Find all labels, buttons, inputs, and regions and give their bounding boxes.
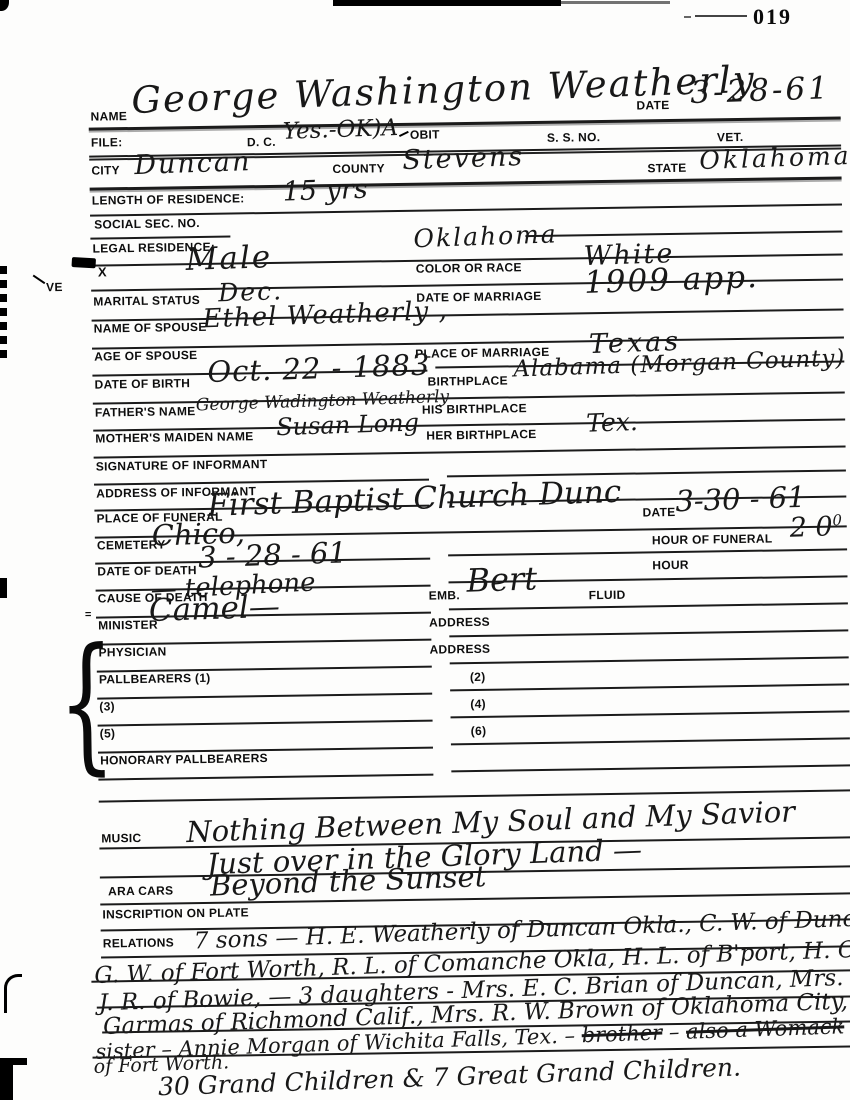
name-label: NAME <box>90 109 127 124</box>
fathers-name-label: FATHER'S NAME <box>95 404 196 419</box>
pallbearers-2-label: (2) <box>470 670 486 684</box>
pallbearers-3-label: (3) <box>99 699 115 713</box>
physician-address-label: ADDRESS <box>429 642 490 657</box>
dc-label: D. C. <box>247 135 276 149</box>
rule <box>450 683 849 691</box>
pallbearers-1-label: PALLBEARERS (1) <box>99 671 211 687</box>
rule <box>451 764 850 772</box>
rule <box>449 629 848 637</box>
rule <box>447 469 846 477</box>
state-label: STATE <box>647 161 686 176</box>
ara-cars-label: ARA CARS <box>108 883 173 898</box>
funeral-date-value: 3-30 - 61 <box>675 483 806 516</box>
funeral-date-label: DATE <box>642 505 675 519</box>
rule <box>451 737 850 745</box>
state-value: Oklahoma <box>699 143 850 173</box>
mothers-maiden-name-label: MOTHER'S MAIDEN NAME <box>95 429 253 445</box>
file-label: FILE: <box>91 135 123 149</box>
pallbearers-4-label: (4) <box>470 697 486 711</box>
minister-address-label: ADDRESS <box>429 615 490 630</box>
obit-label: OBIT <box>410 127 440 141</box>
rule <box>97 693 432 700</box>
rule <box>451 710 850 718</box>
name-of-spouse-label: NAME OF SPOUSE <box>94 320 207 336</box>
stamp-fragment: VE <box>46 280 63 294</box>
honorary-pallbearers-label: HONORARY PALLBEARERS <box>100 751 268 767</box>
relations-line5-struck: brother <box>581 1021 662 1048</box>
his-birthplace-label: HIS BIRTHPLACE <box>422 401 527 417</box>
age-of-spouse-label: AGE OF SPOUSE <box>94 348 197 364</box>
mothers-maiden-name-value: Susan Long <box>276 410 420 439</box>
inscription-on-plate-label: INSCRIPTION ON PLATE <box>102 905 249 921</box>
date-of-birth-value: Oct. 22 - 1883 <box>207 350 431 387</box>
her-birthplace-label: HER BIRTHPLACE <box>426 427 536 443</box>
pallbearers-6-label: (6) <box>471 724 487 738</box>
hour-of-funeral-main: 2 0 <box>789 511 833 543</box>
scan-artifact-tick <box>33 275 46 285</box>
rule <box>94 445 846 458</box>
marital-status-label: MARITAL STATUS <box>93 293 200 309</box>
emb-label: EMB. <box>429 588 460 602</box>
relations-line5-mid: – <box>662 1020 687 1045</box>
rule <box>450 656 849 664</box>
name-of-spouse-value: Ethel Weatherly , <box>202 298 448 332</box>
scanned-funeral-record: 019 NAME George Washington Weatherly DAT… <box>0 0 850 1100</box>
county-value: Stevens <box>402 143 525 174</box>
signature-of-informant-label: SIGNATURE OF INFORMANT <box>96 457 268 474</box>
pallbearers-5-label: (5) <box>100 726 116 740</box>
hour-of-funeral-value: 2 00 <box>789 513 842 542</box>
city-value: Duncan <box>134 148 252 179</box>
music-label: MUSIC <box>101 831 141 846</box>
legal-residence-value: Oklahoma <box>413 221 558 251</box>
vet-label: VET. <box>717 130 744 144</box>
rule <box>449 602 848 610</box>
relations-line7: 30 Grand Children & 7 Great Grand Childr… <box>158 1054 742 1099</box>
music-line3: Beyond the Sunset <box>210 862 487 900</box>
place-of-funeral-value: First Baptist Church Dunc <box>207 477 622 522</box>
length-of-residence-label: LENGTH OF RESIDENCE: <box>92 191 245 207</box>
city-label: CITY <box>91 163 120 177</box>
color-or-race-label: COLOR OR RACE <box>416 260 522 276</box>
scan-artifact-blot <box>71 257 96 268</box>
rule <box>525 230 842 237</box>
fluid-label: FLUID <box>589 588 626 603</box>
form-body: NAME George Washington Weatherly DATE 3-… <box>0 0 850 1100</box>
sex-value: Male <box>185 242 272 276</box>
scan-artifact-tick <box>399 131 409 137</box>
minister-value: Camel— <box>148 592 280 627</box>
emb-value: Bert <box>466 562 538 596</box>
relations-line5-struck2: also a Womack <box>686 1014 845 1043</box>
ssno-label: S. S. NO. <box>547 130 601 145</box>
rule <box>448 548 847 556</box>
dc-value: Yes.-OK)A <box>282 117 398 144</box>
hour-of-funeral-label: HOUR OF FUNERAL <box>652 532 773 548</box>
social-sec-no-label: SOCIAL SEC. NO. <box>94 216 200 232</box>
date-of-death-value: 3 - 28 - 61 <box>198 538 348 572</box>
length-of-residence-value: 15 yrs <box>282 176 368 206</box>
relations-label: RELATIONS <box>103 935 174 950</box>
sex-label: X <box>98 264 107 279</box>
date-label: DATE <box>636 98 669 112</box>
rule <box>98 720 433 727</box>
hour-of-funeral-sup: 0 <box>832 511 842 529</box>
rule <box>98 774 433 781</box>
hour-label: HOUR <box>652 558 689 573</box>
date-of-marriage-value: 1909 app. <box>584 262 760 299</box>
date-value: 3-28-61 <box>690 73 832 109</box>
birthplace-value: Alabama (Morgan County) <box>513 347 846 381</box>
her-birthplace-value: Tex. <box>586 409 638 436</box>
date-of-birth-label: DATE OF BIRTH <box>94 376 190 391</box>
